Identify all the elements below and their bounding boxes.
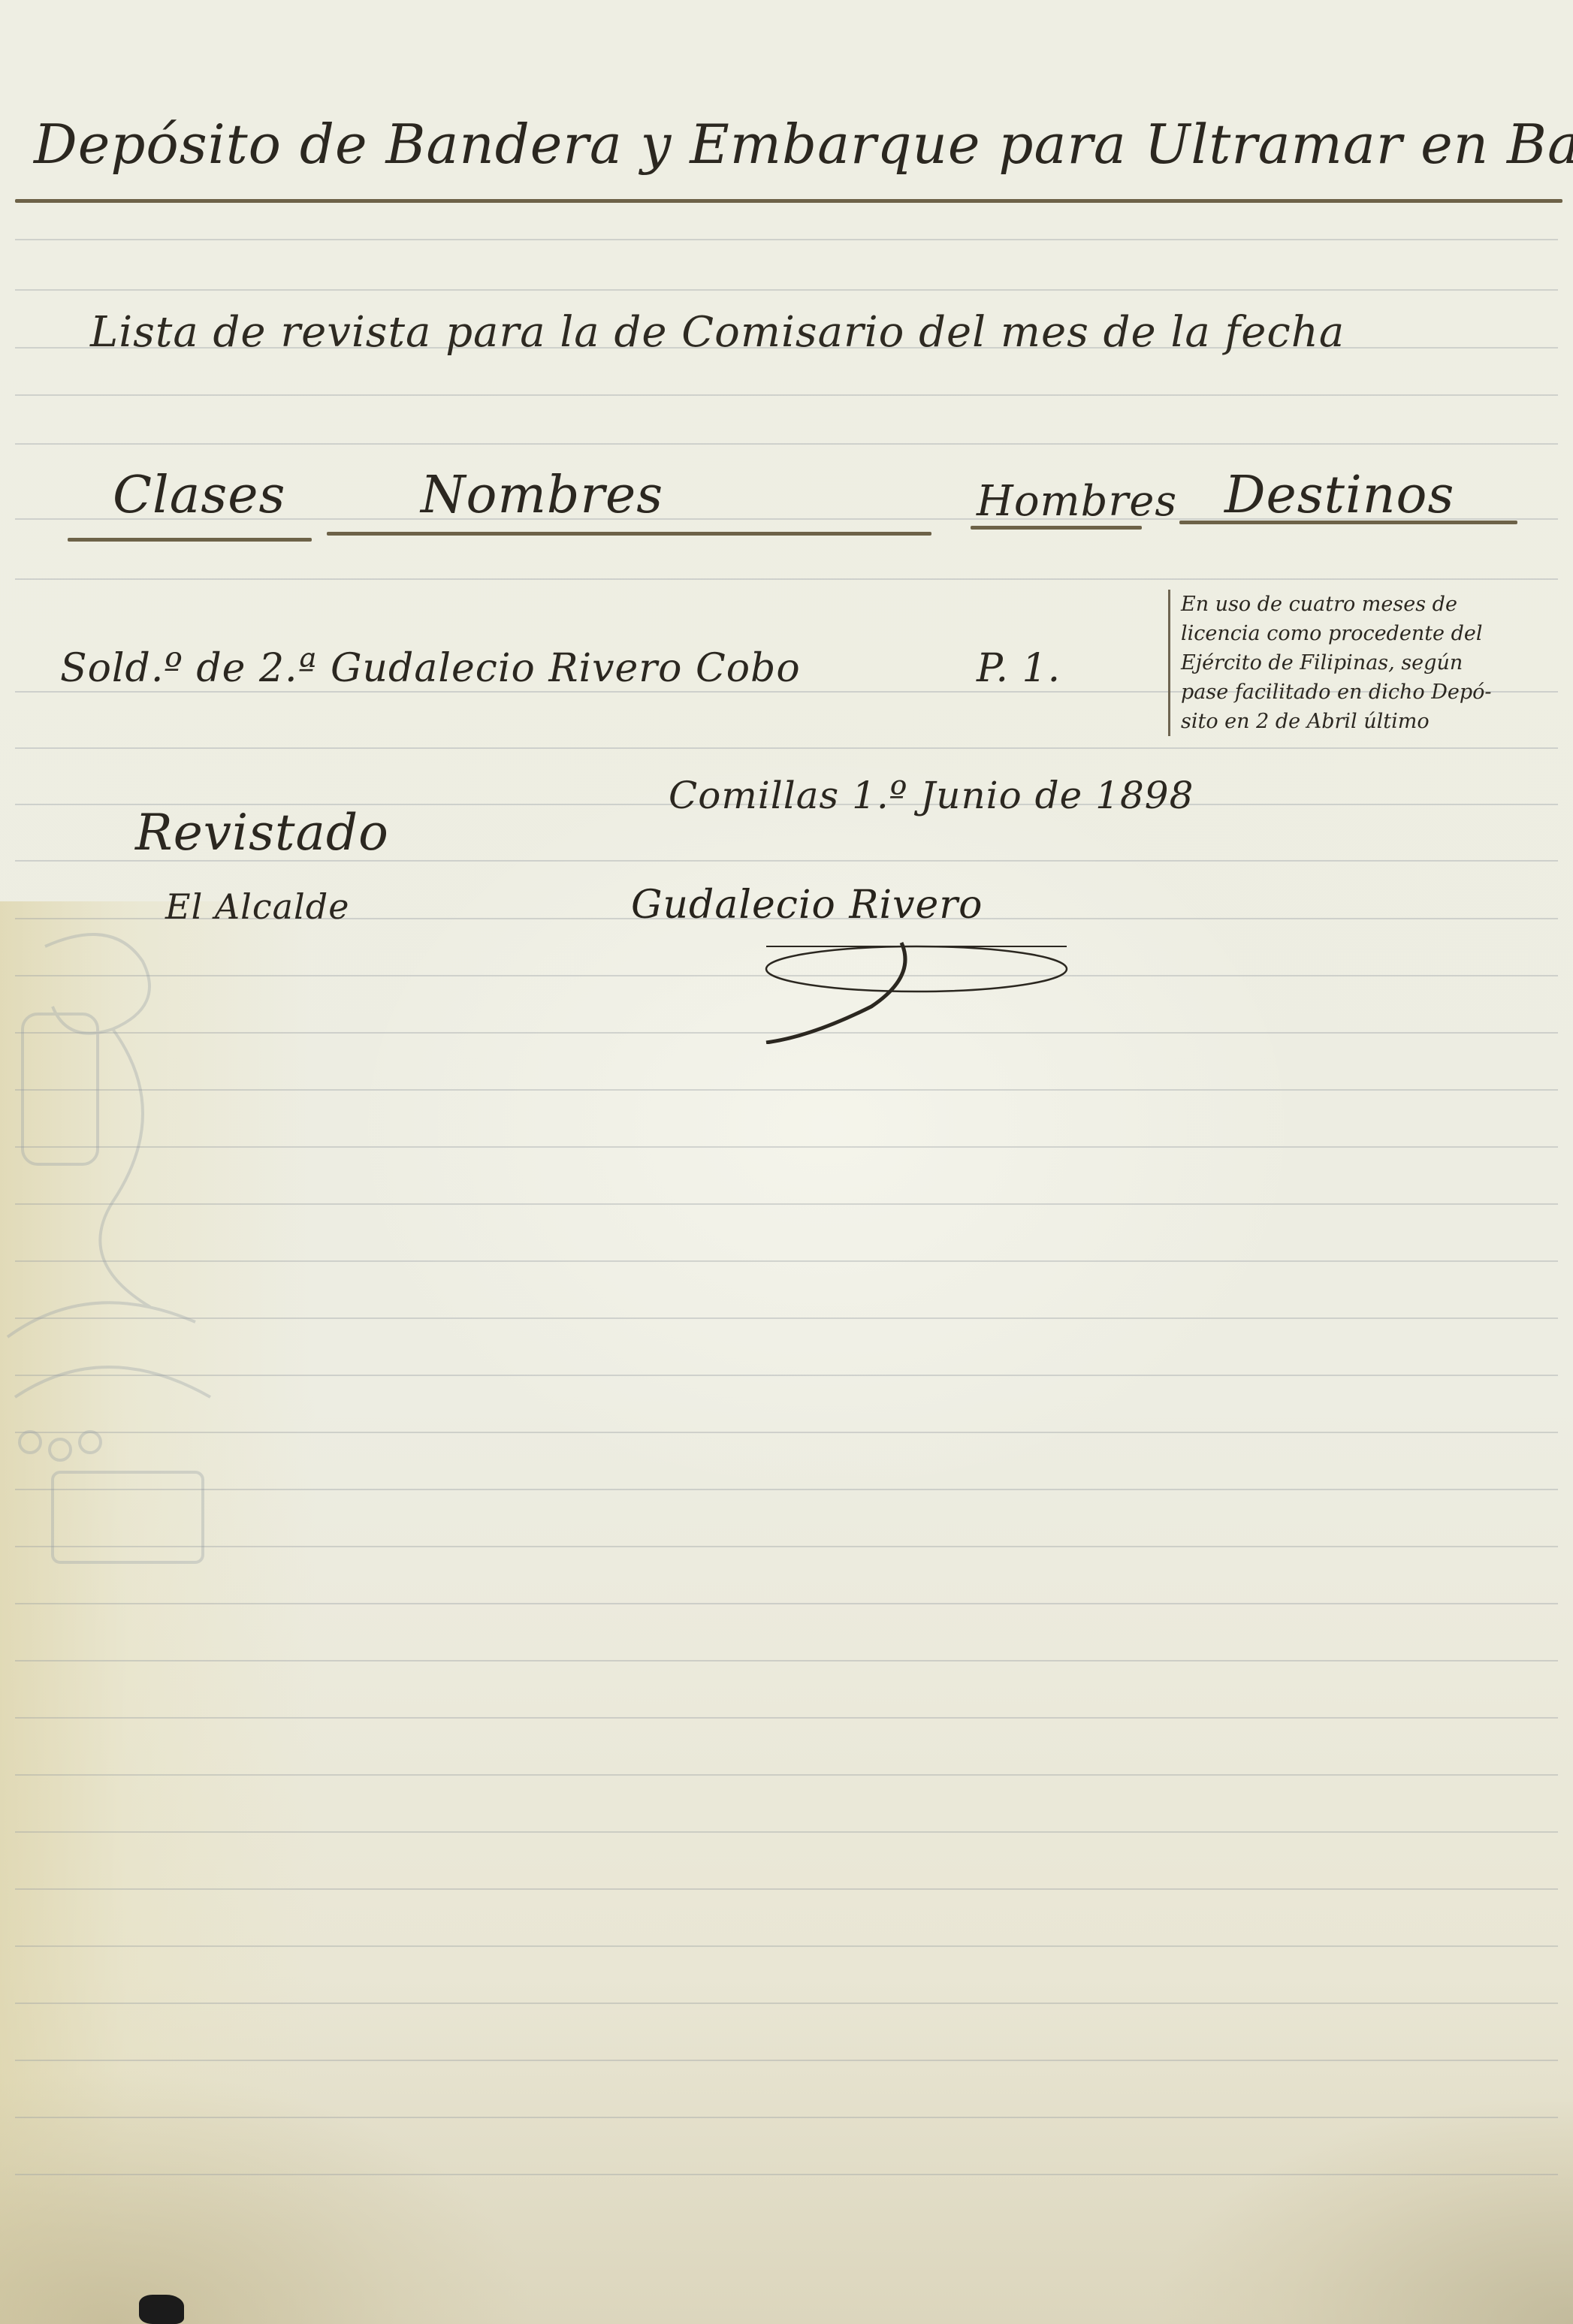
ruled-line	[15, 1774, 1558, 1776]
note-line: pase facilitado en dicho Depó-	[1181, 678, 1571, 707]
signature: Gudalecio Rivero	[631, 883, 983, 928]
ruled-line	[15, 1717, 1558, 1719]
paper-stain-bottom-right	[897, 2028, 1573, 2324]
ruled-line	[15, 2174, 1558, 2175]
ruled-line	[15, 1317, 1558, 1319]
document-title: Depósito de Bandera y Embarque para Ultr…	[34, 113, 1573, 176]
review-by: El Alcalde	[165, 886, 349, 927]
ruled-line	[15, 1375, 1558, 1376]
ruled-line	[15, 1546, 1558, 1547]
ruled-line	[15, 1888, 1558, 1890]
column-underline-nombres	[327, 532, 931, 536]
ruled-line	[15, 1260, 1558, 1262]
column-header-destinos: Destinos	[1224, 466, 1454, 525]
ruled-line	[15, 289, 1558, 291]
ruled-line	[15, 1146, 1558, 1148]
ruled-line	[15, 2117, 1558, 2118]
review-label: Revistado	[135, 804, 389, 862]
column-header-hombres: Hombres	[977, 477, 1177, 526]
signature-flourish-icon	[691, 931, 1082, 1044]
ruled-line	[15, 2003, 1558, 2004]
note-line: sito en 2 de Abril último	[1181, 707, 1571, 736]
cell-clase: Sold.º de 2.ª	[60, 646, 317, 691]
ink-spot	[139, 2295, 184, 2324]
document-page: Depósito de Bandera y Embarque para Ultr…	[0, 0, 1573, 2324]
ruled-line	[15, 1432, 1558, 1433]
note-line: En uso de cuatro meses de	[1181, 590, 1571, 619]
ruled-line	[15, 1203, 1558, 1205]
place-date: Comillas 1.º Junio de 1898	[669, 774, 1194, 817]
ruled-line	[15, 578, 1558, 580]
ruled-line	[15, 747, 1558, 749]
document-subtitle: Lista de revista para la de Comisario de…	[90, 308, 1345, 357]
ruled-line	[15, 443, 1558, 445]
column-header-clases: Clases	[113, 466, 285, 525]
watermark-emblem-icon	[0, 916, 255, 1592]
ruled-line	[15, 1089, 1558, 1091]
cell-destino-note: En uso de cuatro meses de licencia como …	[1168, 590, 1571, 736]
ruled-line	[15, 1603, 1558, 1604]
ruled-line	[15, 239, 1558, 240]
column-underline-destinos	[1179, 521, 1517, 524]
ruled-line	[15, 2060, 1558, 2061]
title-underline	[15, 199, 1562, 203]
ruled-line	[15, 1945, 1558, 1947]
column-header-nombres: Nombres	[421, 466, 663, 525]
cell-hombres: P. 1.	[977, 646, 1061, 691]
column-underline-hombres	[971, 526, 1142, 530]
ruled-line	[15, 1831, 1558, 1833]
note-line: licencia como procedente del	[1181, 619, 1571, 648]
paper-stain-bottom-left	[0, 1968, 676, 2324]
column-underline-clases	[68, 538, 312, 542]
ruled-line	[15, 394, 1558, 396]
note-line: Ejército de Filipinas, según	[1181, 648, 1571, 678]
ruled-line	[15, 1489, 1558, 1490]
cell-nombre: Gudalecio Rivero Cobo	[331, 646, 801, 691]
ruled-line	[15, 1660, 1558, 1662]
